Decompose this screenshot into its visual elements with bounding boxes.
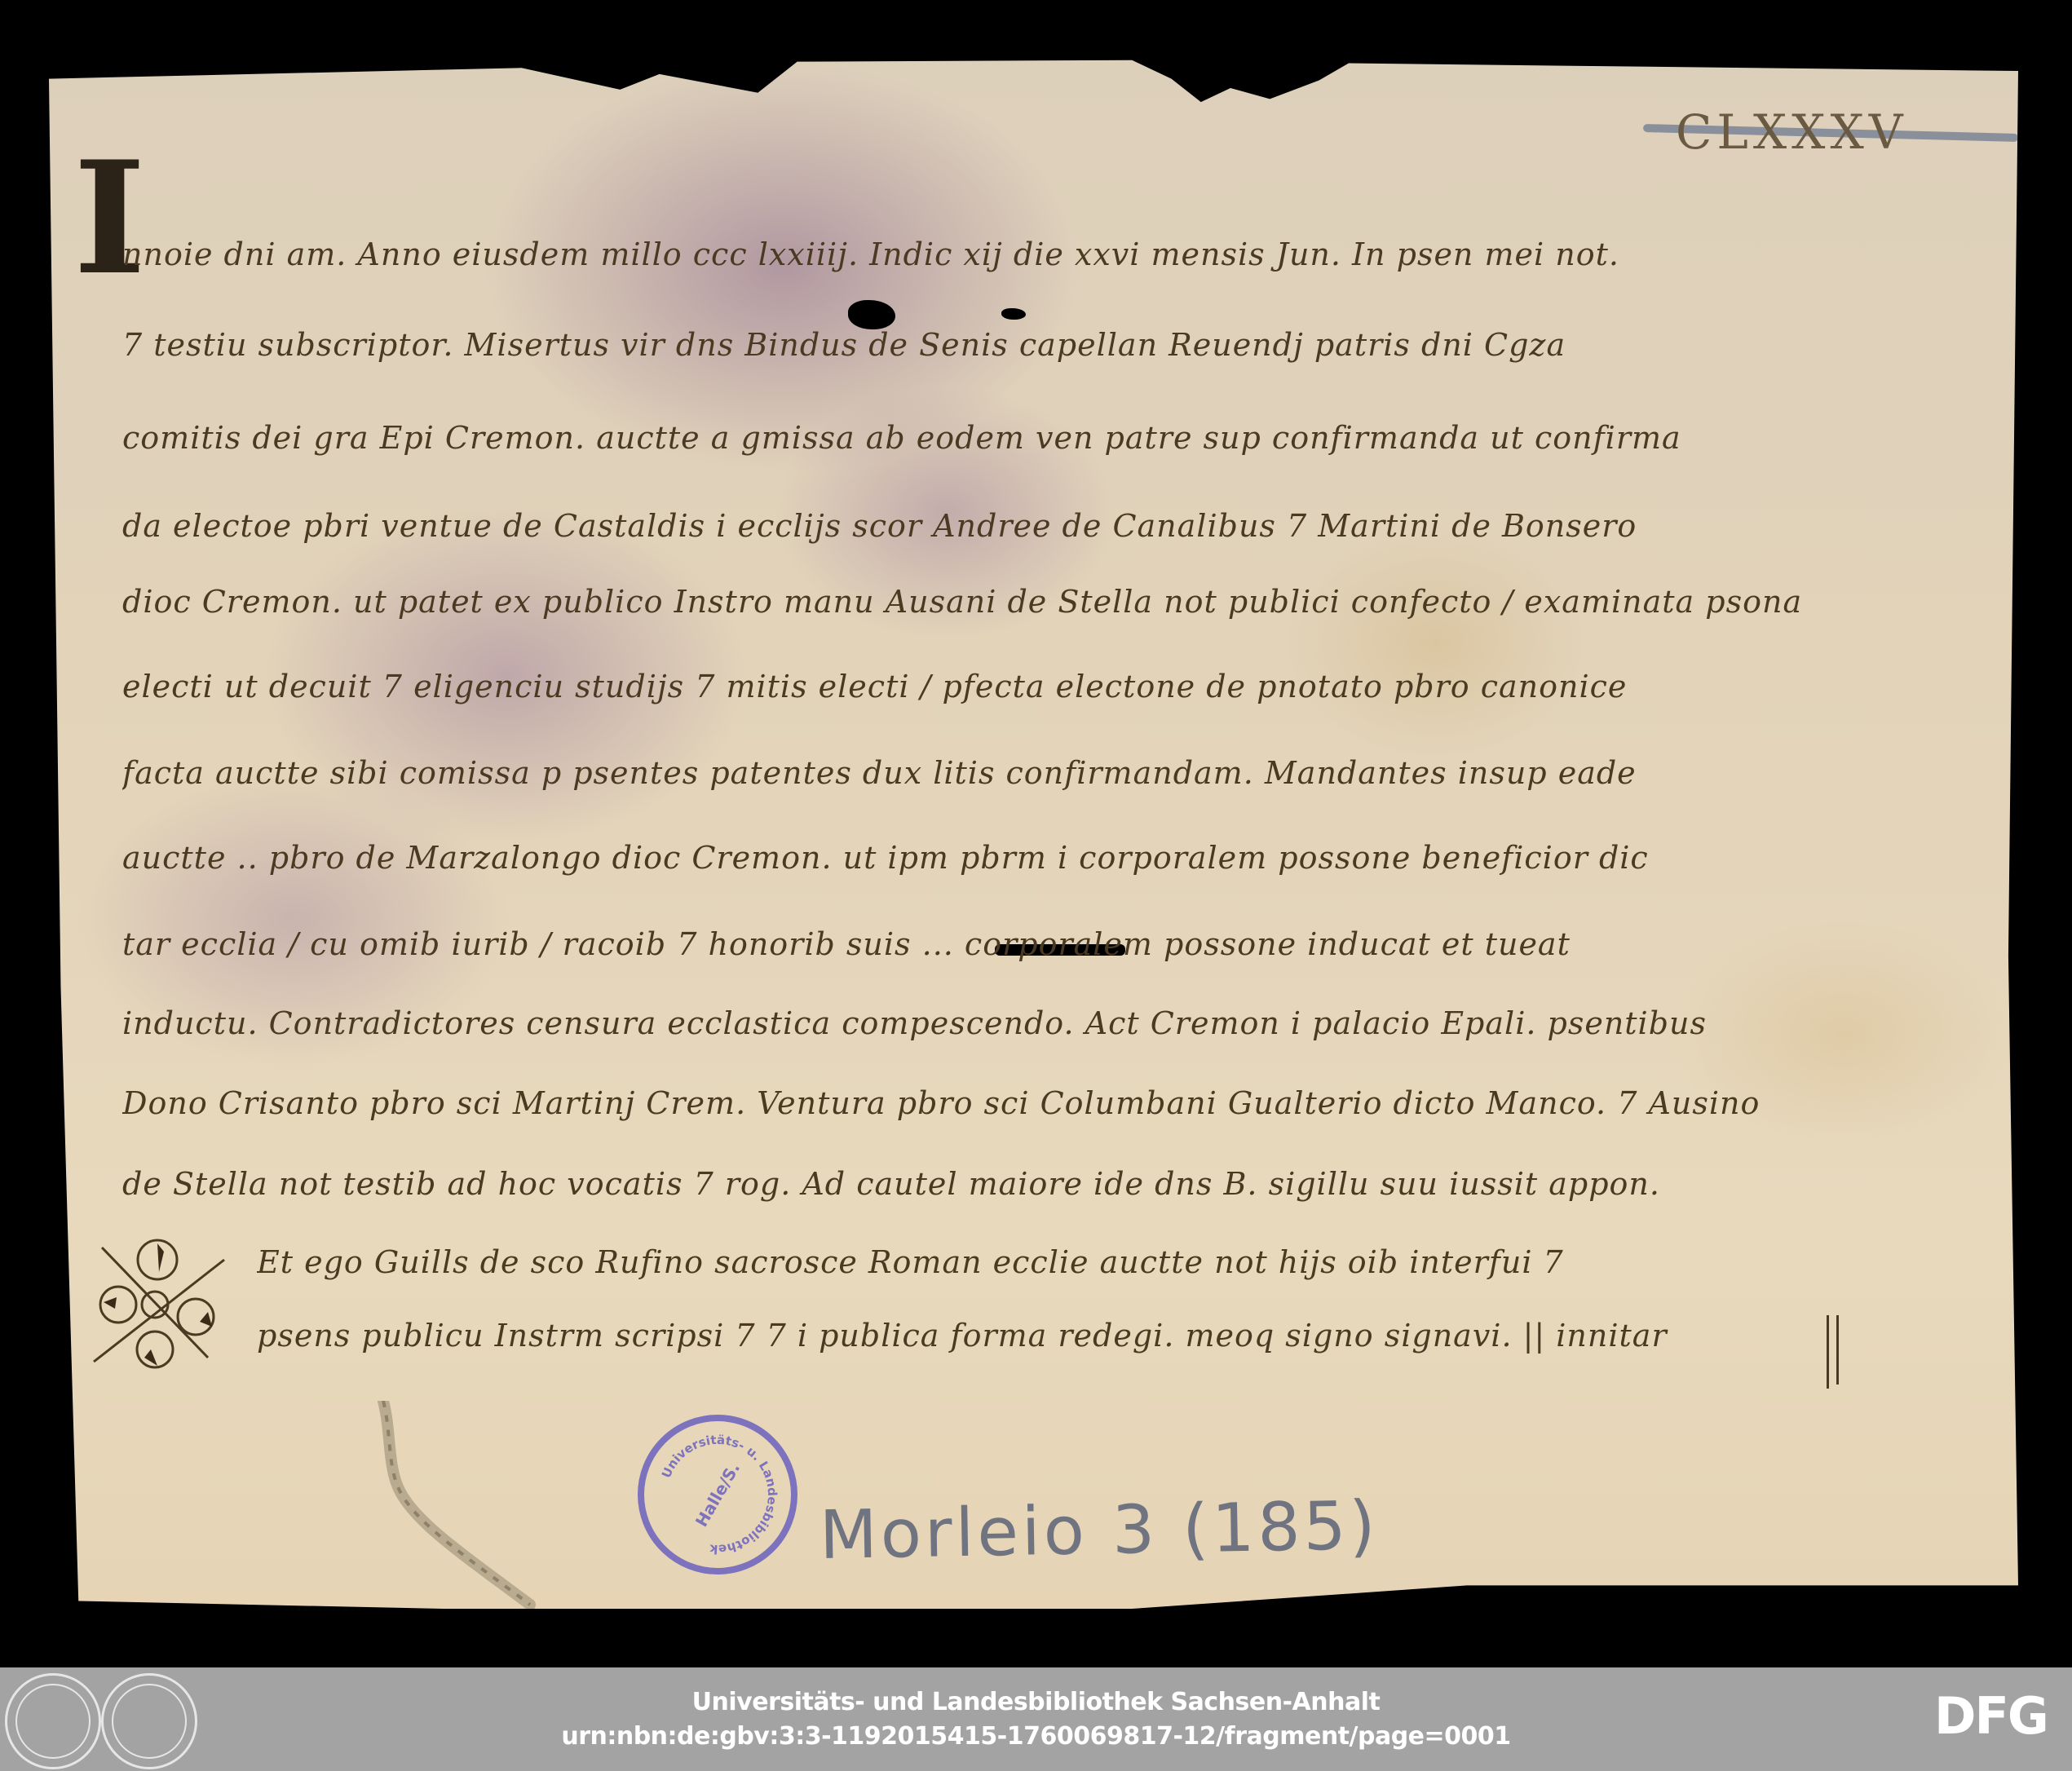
parchment-document: CLXXXV I nnoie dni am. Anno eiusdem mill…: [49, 55, 2018, 1609]
text-line: auctte .. pbro de Marzalongo dioc Cremon…: [122, 840, 1949, 876]
signature-mark: [1827, 1315, 1829, 1389]
text-line: comitis dei gra Epi Cremon. auctte a gmi…: [122, 420, 1949, 456]
seal-cord: [342, 1401, 587, 1613]
footer-bar: [0, 1667, 2072, 1771]
signature-mark: [1836, 1315, 1839, 1385]
text-line: dioc Cremon. ut patet ex publico Instro …: [122, 584, 1949, 620]
initial-letter: I: [73, 141, 146, 296]
dfg-logo-icon: DFG: [1934, 1691, 2048, 1742]
library-stamp: Universitäts- u. Landesbibliothek Halle/…: [638, 1415, 797, 1574]
text-line: facta auctte sibi comissa p psentes pate…: [122, 755, 1949, 791]
institution-name: Universitäts- und Landesbibliothek Sachs…: [0, 1688, 2072, 1716]
notary-subscription-line: Et ego Guills de sco Rufino sacrosce Rom…: [257, 1244, 1969, 1280]
notary-subscription-line: psens publicu Instrm scripsi 7 7 i publi…: [257, 1318, 1969, 1354]
damage-hole: [1001, 308, 1026, 320]
text-line: de Stella not testib ad hoc vocatis 7 ro…: [122, 1166, 1949, 1202]
text-line: Dono Crisanto pbro sci Martinj Crem. Ven…: [122, 1085, 1949, 1121]
notary-sign-icon: [86, 1227, 241, 1374]
text-line: inductu. Contradictores censura ecclasti…: [122, 1005, 1949, 1041]
text-line: nnoie dni am. Anno eiusdem millo ccc lxx…: [122, 236, 1949, 272]
text-line: da electoe pbri ventue de Castaldis i ec…: [122, 508, 1949, 544]
old-shelfmark: CLXXXV: [1676, 104, 1908, 160]
text-line: tar ecclia / cu omib iurib / racoib 7 ho…: [122, 926, 1949, 962]
image-viewer: CLXXXV I nnoie dni am. Anno eiusdem mill…: [0, 0, 2072, 1667]
urn-identifier: urn:nbn:de:gbv:3:3-1192015415-1760069817…: [0, 1722, 2072, 1751]
pencil-shelfmark-note: Morleio 3 (185): [819, 1487, 1379, 1574]
text-line: 7 testiu subscriptor. Misertus vir dns B…: [122, 327, 1949, 363]
damage-hole: [848, 300, 895, 329]
text-line: electi ut decuit 7 eligenciu studijs 7 m…: [122, 669, 1949, 704]
